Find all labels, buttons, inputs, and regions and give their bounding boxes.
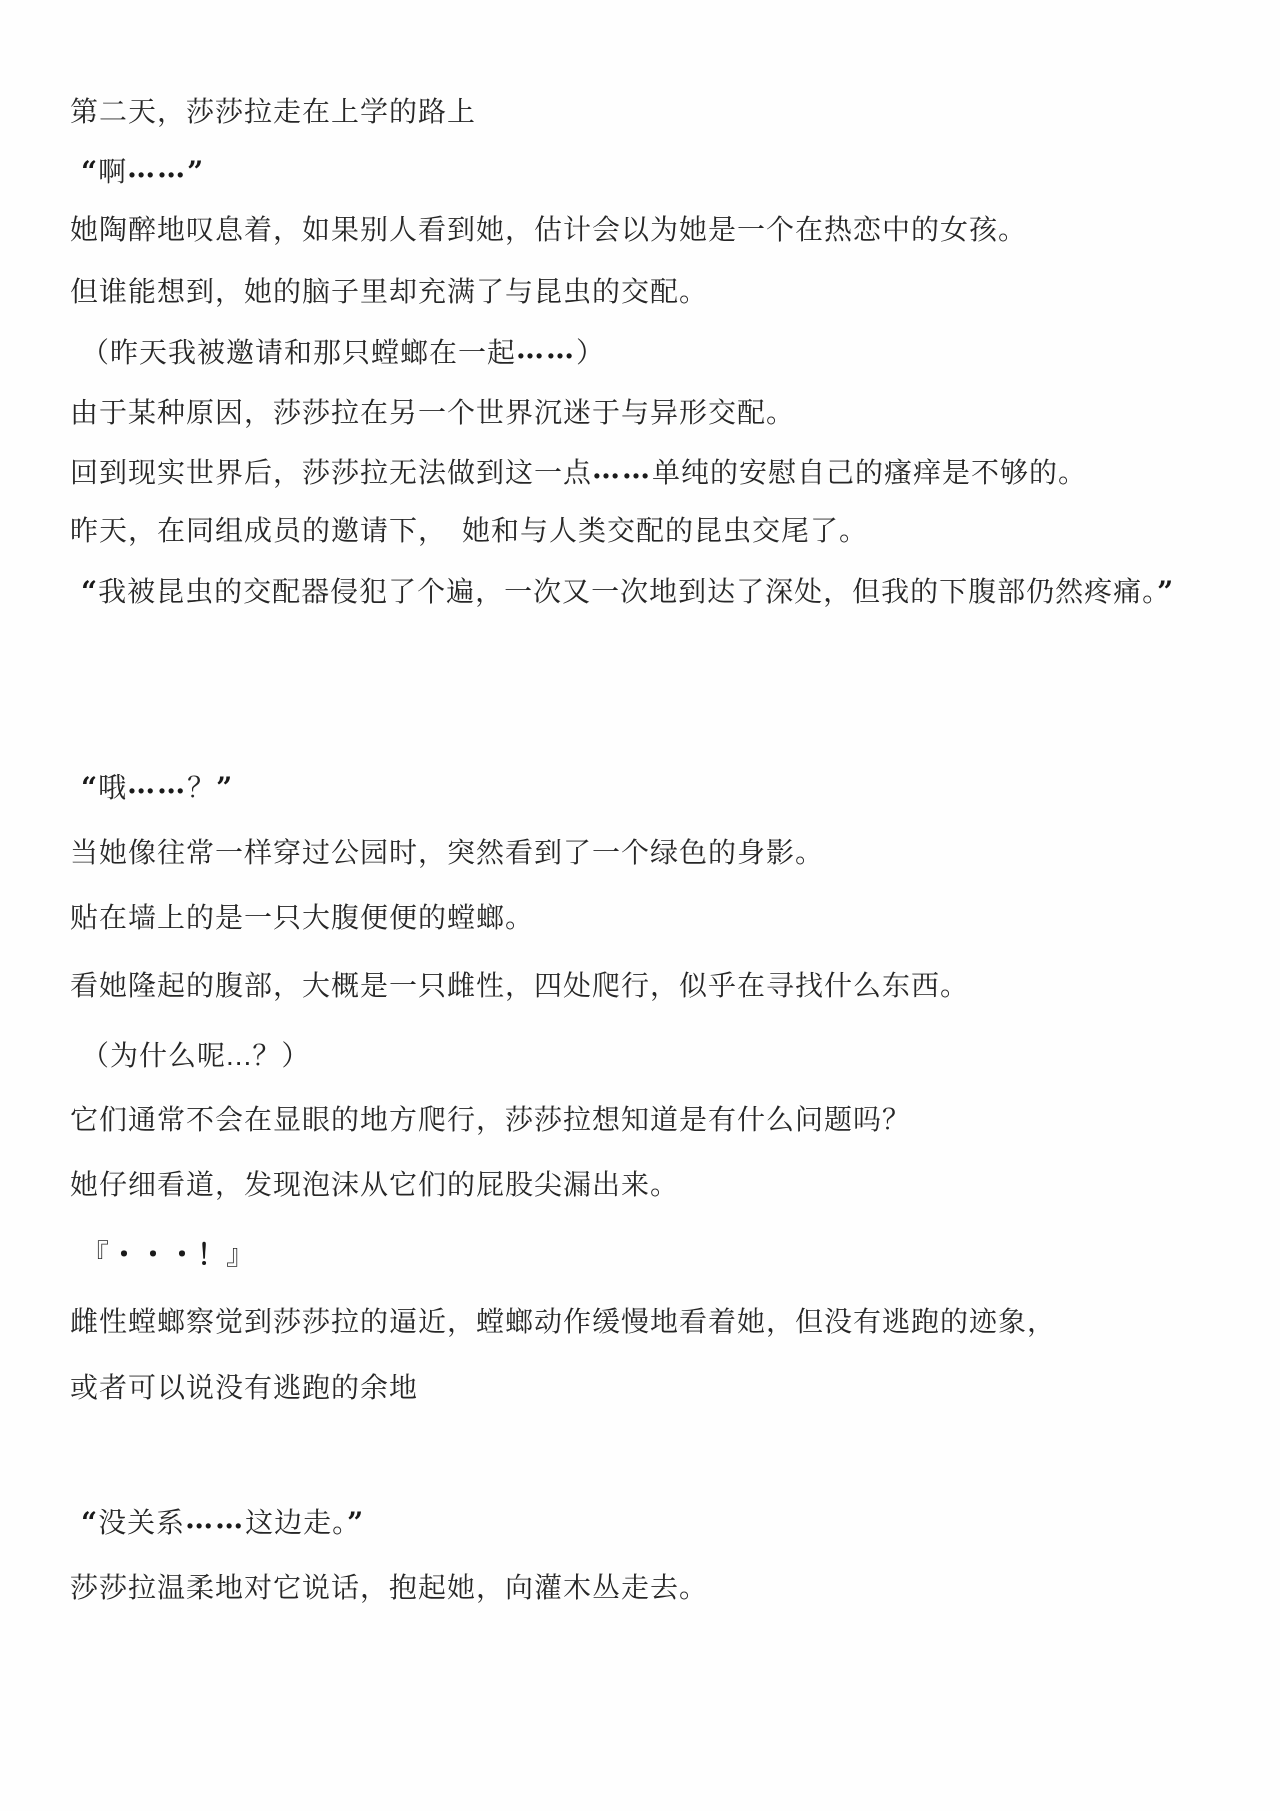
- text-line: 她仔细看道，发现泡沫从它们的屁股尖漏出来。: [70, 1170, 679, 1200]
- text-line: 贴在墙上的是一只大腹便便的螳螂。: [70, 903, 534, 933]
- text-line: 但谁能想到，她的脑子里却充满了与昆虫的交配。: [70, 277, 708, 307]
- dialogue-line: “我被昆虫的交配器侵犯了个遍，一次又一次地到达了深处，但我的下腹部仍然疼痛。”: [81, 577, 1174, 607]
- document-page: 第二天，莎莎拉走在上学的路上 “啊……” 她陶醉地叹息着，如果别人看到她，估计会…: [0, 0, 1280, 1811]
- text-line: 她陶醉地叹息着，如果别人看到她，估计会以为她是一个在热恋中的女孩。: [70, 215, 1027, 245]
- dialogue-line: “哦……？”: [81, 773, 233, 803]
- dialogue-line: “没关系……这边走。”: [81, 1508, 364, 1538]
- thought-line: （昨天我被邀请和那只螳螂在一起……）: [81, 338, 605, 368]
- text-line: 或者可以说没有逃跑的余地: [70, 1373, 418, 1403]
- text-line: 昨天，在同组成员的邀请下， 她和与人类交配的昆虫交尾了。: [70, 516, 868, 546]
- text-line: 第二天，莎莎拉走在上学的路上: [70, 97, 476, 127]
- text-line: 它们通常不会在显眼的地方爬行，莎莎拉想知道是有什么问题吗？: [70, 1105, 911, 1135]
- text-line: 莎莎拉温柔地对它说话，抱起她，向灌木丛走去。: [70, 1573, 708, 1603]
- text-line: 看她隆起的腹部，大概是一只雌性，四处爬行，似乎在寻找什么东西。: [70, 971, 969, 1001]
- text-line: 雌性螳螂察觉到莎莎拉的逼近，螳螂动作缓慢地看着她，但没有逃跑的迹象，: [70, 1307, 1056, 1337]
- thought-line: （为什么呢...？）: [81, 1041, 310, 1071]
- dialogue-line: “啊……”: [81, 157, 204, 187]
- text-line: 当她像往常一样穿过公园时，突然看到了一个绿色的身影。: [70, 838, 824, 868]
- bracket-line: 『・・・！』: [81, 1240, 255, 1270]
- text-line: 由于某种原因，莎莎拉在另一个世界沉迷于与异形交配。: [70, 398, 795, 428]
- text-line: 回到现实世界后，莎莎拉无法做到这一点……单纯的安慰自己的瘙痒是不够的。: [70, 458, 1087, 488]
